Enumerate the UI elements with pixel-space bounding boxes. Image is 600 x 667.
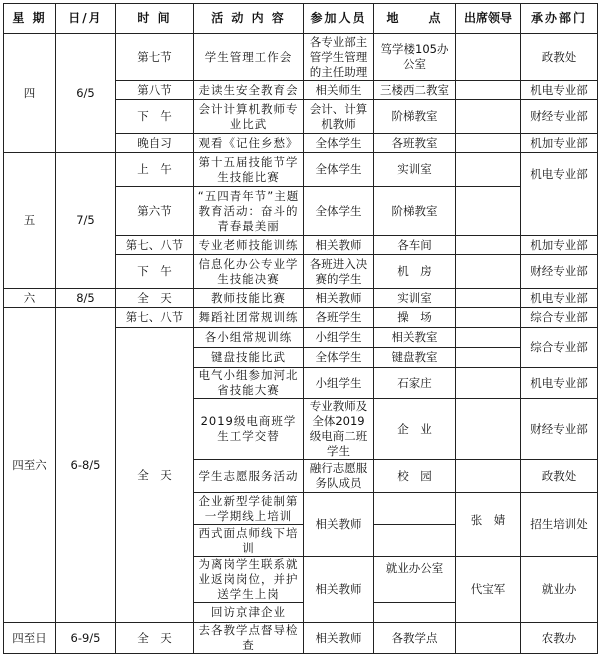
activity-cell: 舞蹈社团常规训练 [194, 308, 304, 328]
activity-cell: 各小组常规训练 [194, 328, 304, 348]
leader-cell [456, 100, 521, 134]
header-leader: 出席领导 [456, 4, 521, 34]
header-activity: 活 动 内 容 [194, 4, 304, 34]
dept-cell: 综合专业部 [521, 328, 598, 368]
time-cell: 第六节 [116, 187, 194, 236]
leader-cell: 代宝军 [456, 557, 521, 623]
participants-cell: 相关教师 [304, 289, 374, 308]
leader-cell [456, 399, 521, 460]
leader-cell [456, 348, 521, 368]
time-cell: 上 午 [116, 153, 194, 187]
dept-cell: 政教处 [521, 460, 598, 493]
leader-cell [456, 255, 521, 289]
dept-cell: 综合专业部 [521, 308, 598, 328]
location-cell: 机 房 [374, 255, 456, 289]
participants-cell: 相关教师 [304, 493, 374, 557]
participants-cell: 全体学生 [304, 348, 374, 368]
time-cell: 第七、八节 [116, 308, 194, 328]
date-cell: 6/5 [56, 34, 116, 153]
dept-cell: 财经专业部 [521, 100, 598, 134]
dept-cell: 机加专业部 [521, 236, 598, 255]
leader-cell [456, 153, 521, 187]
activity-cell: 西式面点师线下培训 [194, 525, 304, 557]
dept-cell: 机加专业部 [521, 134, 598, 153]
activity-cell: 2019级电商班学生工学交替 [194, 399, 304, 460]
dept-cell: 机电专业部 [521, 153, 598, 236]
weekday-cell: 四至六 [4, 308, 56, 623]
dept-cell: 就业办 [521, 557, 598, 623]
leader-cell [456, 134, 521, 153]
participants-cell: 相关师生 [304, 81, 374, 100]
participants-cell: 全体学生 [304, 187, 374, 236]
dept-cell: 财经专业部 [521, 399, 598, 460]
header-row: 星 期 日/月 时 间 活 动 内 容 参加人员 地 点 出席领导 承办部门 [4, 4, 598, 34]
header-location: 地 点 [374, 4, 456, 34]
participants-cell: 各班学生 [304, 308, 374, 328]
location-cell [374, 603, 456, 623]
location-cell: 相关教室 [374, 328, 456, 348]
table-row: 六 8/5 全 天 教师技能比赛 相关教师 实训室 机电专业部 [4, 289, 598, 308]
activity-cell: 电气小组参加河北省技能大赛 [194, 368, 304, 399]
leader-cell [456, 34, 521, 81]
location-cell: 阶梯教室 [374, 100, 456, 134]
schedule-table: 星 期 日/月 时 间 活 动 内 容 参加人员 地 点 出席领导 承办部门 四… [3, 3, 598, 654]
time-cell: 晚自习 [116, 134, 194, 153]
location-cell: 各班教室 [374, 134, 456, 153]
time-cell: 全 天 [116, 289, 194, 308]
participants-cell: 会计、计算机教师 [304, 100, 374, 134]
activity-cell: 观看《记住乡愁》 [194, 134, 304, 153]
location-cell: 企 业 [374, 399, 456, 460]
location-cell: 石家庄 [374, 368, 456, 399]
time-cell: 第八节 [116, 81, 194, 100]
location-cell: 键盘教室 [374, 348, 456, 368]
location-cell [374, 493, 456, 525]
time-cell: 第七节 [116, 34, 194, 81]
activity-cell: 信息化办公专业学生技能决赛 [194, 255, 304, 289]
leader-cell [456, 623, 521, 654]
leader-cell [456, 236, 521, 255]
location-cell: 操 场 [374, 308, 456, 328]
leader-cell [456, 368, 521, 399]
leader-cell [456, 81, 521, 100]
dept-cell: 招生培训处 [521, 493, 598, 557]
weekday-cell: 五 [4, 153, 56, 289]
leader-cell [456, 328, 521, 348]
leader-cell [456, 460, 521, 493]
header-dept: 承办部门 [521, 4, 598, 34]
header-date: 日/月 [56, 4, 116, 34]
dept-cell: 机电专业部 [521, 81, 598, 100]
activity-cell: 企业新型学徒制第一学期线上培训 [194, 493, 304, 525]
time-cell: 全 天 [116, 623, 194, 654]
activity-cell: 回访京津企业 [194, 603, 304, 623]
location-cell: 各车间 [374, 236, 456, 255]
table-row: 四至日 6-9/5 全 天 去各教学点督导检查 相关教师 各教学点 农教办 [4, 623, 598, 654]
date-cell: 6-9/5 [56, 623, 116, 654]
date-cell: 8/5 [56, 289, 116, 308]
time-cell: 第七、八节 [116, 236, 194, 255]
location-cell [374, 525, 456, 557]
date-cell: 7/5 [56, 153, 116, 289]
activity-cell: 去各教学点督导检查 [194, 623, 304, 654]
leader-cell: 张 婧 [456, 493, 521, 557]
activity-cell: 学生志愿服务活动 [194, 460, 304, 493]
dept-cell: 财经专业部 [521, 255, 598, 289]
location-cell: 实训室 [374, 289, 456, 308]
weekday-cell: 四 [4, 34, 56, 153]
participants-cell: 全体学生 [304, 153, 374, 187]
location-cell: 就业办公室 [374, 557, 456, 603]
time-cell: 全 天 [116, 328, 194, 623]
header-time: 时 间 [116, 4, 194, 34]
participants-cell: 相关教师 [304, 557, 374, 623]
activity-cell: 第十五届技能节学生技能比赛 [194, 153, 304, 187]
participants-cell: 各专业部主管学生管理的主任助理 [304, 34, 374, 81]
location-cell: 实训室 [374, 153, 456, 187]
header-weekday: 星 期 [4, 4, 56, 34]
dept-cell: 机电专业部 [521, 368, 598, 399]
participants-cell: 相关教师 [304, 623, 374, 654]
weekday-cell: 六 [4, 289, 56, 308]
activity-cell: 键盘技能比武 [194, 348, 304, 368]
location-cell: 阶梯教室 [374, 187, 456, 236]
weekday-cell: 四至日 [4, 623, 56, 654]
activity-cell: “五四青年节”主题教育活动：奋斗的青春最美丽 [194, 187, 304, 236]
time-cell: 下 午 [116, 100, 194, 134]
table-row: 四至六 6-8/5 第七、八节 舞蹈社团常规训练 各班学生 操 场 综合专业部 [4, 308, 598, 328]
activity-cell: 为离岗学生联系就业返岗岗位，并护送学生上岗 [194, 557, 304, 603]
location-cell: 三楼西二教室 [374, 81, 456, 100]
leader-cell [456, 289, 521, 308]
leader-cell [456, 187, 521, 236]
activity-cell: 会计计算机教师专业比武 [194, 100, 304, 134]
table-row: 五 7/5 上 午 第十五届技能节学生技能比赛 全体学生 实训室 机电专业部 [4, 153, 598, 187]
participants-cell: 各班进入决赛的学生 [304, 255, 374, 289]
location-cell: 各教学点 [374, 623, 456, 654]
dept-cell: 农教办 [521, 623, 598, 654]
dept-cell: 政教处 [521, 34, 598, 81]
participants-cell: 相关教师 [304, 236, 374, 255]
activity-cell: 专业老师技能训练 [194, 236, 304, 255]
leader-cell [456, 308, 521, 328]
participants-cell: 小组学生 [304, 368, 374, 399]
table-row: 四 6/5 第七节 学生管理工作会 各专业部主管学生管理的主任助理 笃学楼105… [4, 34, 598, 81]
time-cell: 下 午 [116, 255, 194, 289]
date-cell: 6-8/5 [56, 308, 116, 623]
dept-cell: 机电专业部 [521, 289, 598, 308]
activity-cell: 教师技能比赛 [194, 289, 304, 308]
participants-cell: 全体学生 [304, 134, 374, 153]
participants-cell: 小组学生 [304, 328, 374, 348]
header-participants: 参加人员 [304, 4, 374, 34]
location-cell: 笃学楼105办公室 [374, 34, 456, 81]
activity-cell: 学生管理工作会 [194, 34, 304, 81]
participants-cell: 融行志愿服务队成员 [304, 460, 374, 493]
location-cell: 校 园 [374, 460, 456, 493]
activity-cell: 走读生安全教育会 [194, 81, 304, 100]
participants-cell: 专业教师及全体2019级电商二班学生 [304, 399, 374, 460]
